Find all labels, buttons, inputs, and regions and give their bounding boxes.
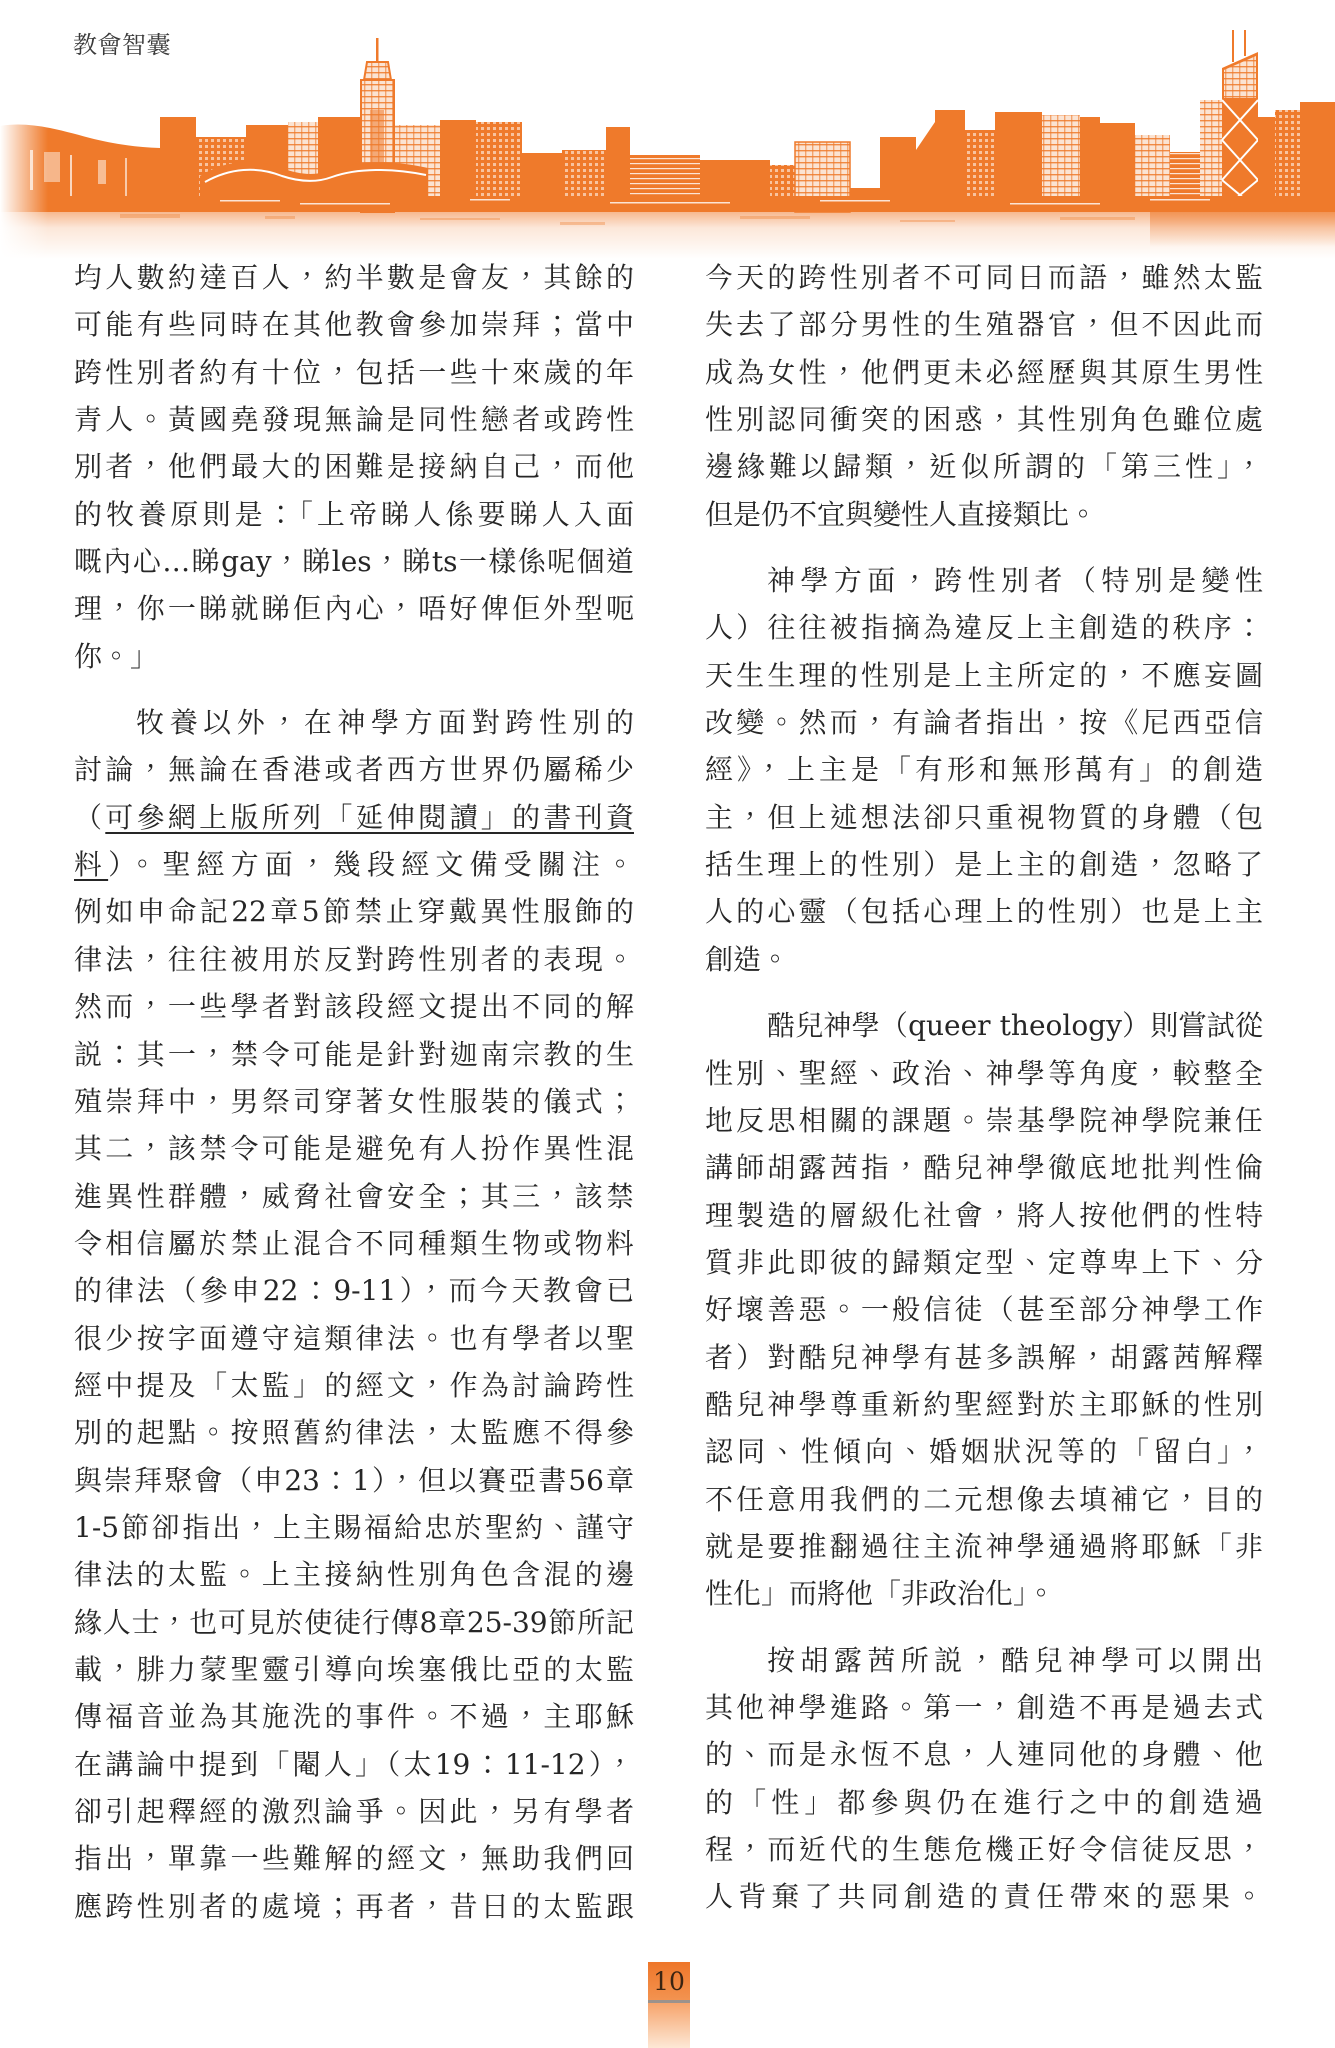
text-line: 指出，單靠一些難解的經文，無助我們回: [74, 1835, 634, 1882]
text-line: 討論，無論在香港或者西方世界仍屬稀少: [74, 746, 634, 793]
text-line: 經中提及「太監」的經文，作為討論跨性: [74, 1362, 634, 1409]
text-line: 均人數約達百人，約半數是會友，其餘的: [74, 254, 634, 301]
skyline-illustration: [0, 0, 1335, 262]
text-line: 的、而是永恆不息，人連同他的身體、他: [705, 1731, 1263, 1778]
text-line: 令相信屬於禁止混合不同種類生物或物料: [74, 1220, 634, 1267]
text-line: 經》，上主是「有形和無形萬有」的創造: [705, 746, 1263, 793]
text-line: 成為女性，他們更未必經歷與其原生男性: [705, 349, 1263, 396]
text-line: 質非此即彼的歸類定型、定尊卑上下、分: [705, 1239, 1263, 1286]
text-line: 人背棄了共同創造的責任帶來的惡果。: [705, 1873, 1263, 1920]
page-number-tab: 10: [648, 1962, 690, 2048]
text-line: 按胡露茜所説，酷兒神學可以開出: [705, 1637, 1263, 1684]
paragraph: 均人數約達百人，約半數是會友，其餘的 可能有些同時在其他教會參加崇拜；當中 跨性…: [74, 254, 634, 680]
text-line: 酷兒神學尊重新約聖經對於主耶穌的性別: [705, 1381, 1263, 1428]
text-segment: ）。聖經方面，幾段經文備受關注。: [108, 848, 634, 881]
article-right-column: 今天的跨性別者不可同日而語，雖然太監 失去了部分男性的生殖器官，但不因此而 成為…: [705, 254, 1263, 1940]
text-line: 進異性群體，威脅社會安全；其三，該禁: [74, 1173, 634, 1220]
paragraph: 牧養以外，在神學方面對跨性別的 討論，無論在香港或者西方世界仍屬稀少 （可參網上…: [74, 699, 634, 1930]
text-line: 料）。聖經方面，幾段經文備受關注。: [74, 841, 634, 888]
text-line: 好壞善惡。一般信徒（甚至部分神學工作: [705, 1286, 1263, 1333]
text-line: 與崇拜聚會（申23：1），但以賽亞書56章: [74, 1457, 634, 1504]
text-line: 人）往往被指摘為違反上主創造的秩序：: [705, 604, 1263, 651]
text-line: 人的心靈（包括心理上的性別）也是上主: [705, 888, 1263, 935]
text-line: 理，你一睇就睇佢內心，唔好俾佢外型呃: [74, 585, 634, 632]
text-line: 但是仍不宜與變性人直接類比。: [705, 491, 1263, 538]
further-reading-link[interactable]: 料: [74, 848, 108, 881]
text-line: 括生理上的性別）是上主的創造，忽略了: [705, 841, 1263, 888]
text-line: 講師胡露茜指，酷兒神學徹底地批判性倫: [705, 1144, 1263, 1191]
text-line: 你。」: [74, 633, 634, 680]
text-line: 在講論中提到「閹人」（太19：11-12），: [74, 1741, 634, 1788]
page-number-tab-fade: [648, 2003, 690, 2048]
text-line: 者）對酷兒神學有甚多誤解，胡露茜解釋: [705, 1334, 1263, 1381]
text-line: 天生生理的性別是上主所定的，不應妄圖: [705, 652, 1263, 699]
text-line: 青人。黃國堯發現無論是同性戀者或跨性: [74, 396, 634, 443]
text-line: 緣人士，也可見於使徒行傳8章25-39節所記: [74, 1599, 634, 1646]
text-line: 例如申命記22章5節禁止穿戴異性服飾的: [74, 888, 634, 935]
text-line: 性別、聖經、政治、神學等角度，較整全: [705, 1050, 1263, 1097]
text-line: 別者，他們最大的困難是接納自己，而他: [74, 443, 634, 490]
text-line: 説：其一，禁令可能是針對迦南宗教的生: [74, 1031, 634, 1078]
text-line: 創造。: [705, 936, 1263, 983]
text-line: 認同、性傾向、婚姻狀況等的「留白」，: [705, 1428, 1263, 1475]
text-line: 的牧養原則是：「上帝睇人係要睇人入面: [74, 491, 634, 538]
text-line: 地反思相關的課題。崇基學院神學院兼任: [705, 1097, 1263, 1144]
paragraph: 酷兒神學（queer theology）則嘗試從 性別、聖經、政治、神學等角度，…: [705, 1002, 1263, 1617]
text-line: 嘅內心…睇gay，睇les，睇ts一樣係呢個道: [74, 538, 634, 585]
text-line: 別的起點。按照舊約律法，太監應不得參: [74, 1409, 634, 1456]
text-line: 1-5節卻指出，上主賜福給忠於聖約、謹守: [74, 1504, 634, 1551]
text-segment: （: [74, 801, 105, 834]
text-line: 然而，一些學者對該段經文提出不同的解: [74, 983, 634, 1030]
text-line: 卻引起釋經的激烈論爭。因此，另有學者: [74, 1788, 634, 1835]
text-line: 其他神學進路。第一，創造不再是過去式: [705, 1684, 1263, 1731]
text-line: 酷兒神學（queer theology）則嘗試從: [705, 1002, 1263, 1049]
text-line: 的「性」都參與仍在進行之中的創造過: [705, 1779, 1263, 1826]
text-line: 可能有些同時在其他教會參加崇拜；當中: [74, 301, 634, 348]
text-line: 邊緣難以歸類，近似所謂的「第三性」，: [705, 443, 1263, 490]
text-line: 律法，往往被用於反對跨性別者的表現。: [74, 936, 634, 983]
paragraph: 按胡露茜所説，酷兒神學可以開出 其他神學進路。第一，創造不再是過去式 的、而是永…: [705, 1637, 1263, 1921]
text-line: 不任意用我們的二元想像去填補它，目的: [705, 1476, 1263, 1523]
text-line: 很少按字面遵守這類律法。也有學者以聖: [74, 1315, 634, 1362]
text-line: 傳福音並為其施洗的事件。不過，主耶穌: [74, 1693, 634, 1740]
text-line: 律法的太監。上主接納性別角色含混的邊: [74, 1551, 634, 1598]
page-number: 10: [648, 1962, 690, 2000]
text-line: 跨性別者約有十位，包括一些十來歲的年: [74, 349, 634, 396]
paragraph: 神學方面，跨性別者（特別是變性 人）往往被指摘為違反上主創造的秩序： 天生生理的…: [705, 557, 1263, 983]
text-line: 牧養以外，在神學方面對跨性別的: [74, 699, 634, 746]
text-line: 理製造的層級化社會，將人按他們的性特: [705, 1192, 1263, 1239]
bank-of-china-tower: [1222, 30, 1258, 212]
text-line: 改變。然而，有論者指出，按《尼西亞信: [705, 699, 1263, 746]
text-line: 神學方面，跨性別者（特別是變性: [705, 557, 1263, 604]
further-reading-link[interactable]: 可參網上版所列「延伸閱讀」的書刊資: [105, 801, 634, 834]
article-left-column: 均人數約達百人，約半數是會友，其餘的 可能有些同時在其他教會參加崇拜；當中 跨性…: [74, 254, 634, 1949]
text-line: 性別認同衝突的困惑，其性別角色雖位處: [705, 396, 1263, 443]
text-line: 的律法（參申22：9-11），而今天教會已: [74, 1267, 634, 1314]
text-line: 載，腓力蒙聖靈引導向埃塞俄比亞的太監: [74, 1646, 634, 1693]
text-line: 應跨性別者的處境；再者，昔日的太監跟: [74, 1883, 634, 1930]
text-line: 就是要推翻過往主流神學通過將耶穌「非: [705, 1523, 1263, 1570]
text-line: 失去了部分男性的生殖器官，但不因此而: [705, 301, 1263, 348]
text-line: 主，但上述想法卻只重視物質的身體（包: [705, 794, 1263, 841]
text-line: （可參網上版所列「延伸閱讀」的書刊資: [74, 794, 634, 841]
text-line: 今天的跨性別者不可同日而語，雖然太監: [705, 254, 1263, 301]
paragraph: 今天的跨性別者不可同日而語，雖然太監 失去了部分男性的生殖器官，但不因此而 成為…: [705, 254, 1263, 538]
text-line: 性化」而將他「非政治化」。: [705, 1570, 1263, 1617]
text-line: 殖崇拜中，男祭司穿著女性服裝的儀式；: [74, 1078, 634, 1125]
text-line: 其二，該禁令可能是避免有人扮作異性混: [74, 1125, 634, 1172]
text-line: 程，而近代的生態危機正好令信徒反思，: [705, 1826, 1263, 1873]
